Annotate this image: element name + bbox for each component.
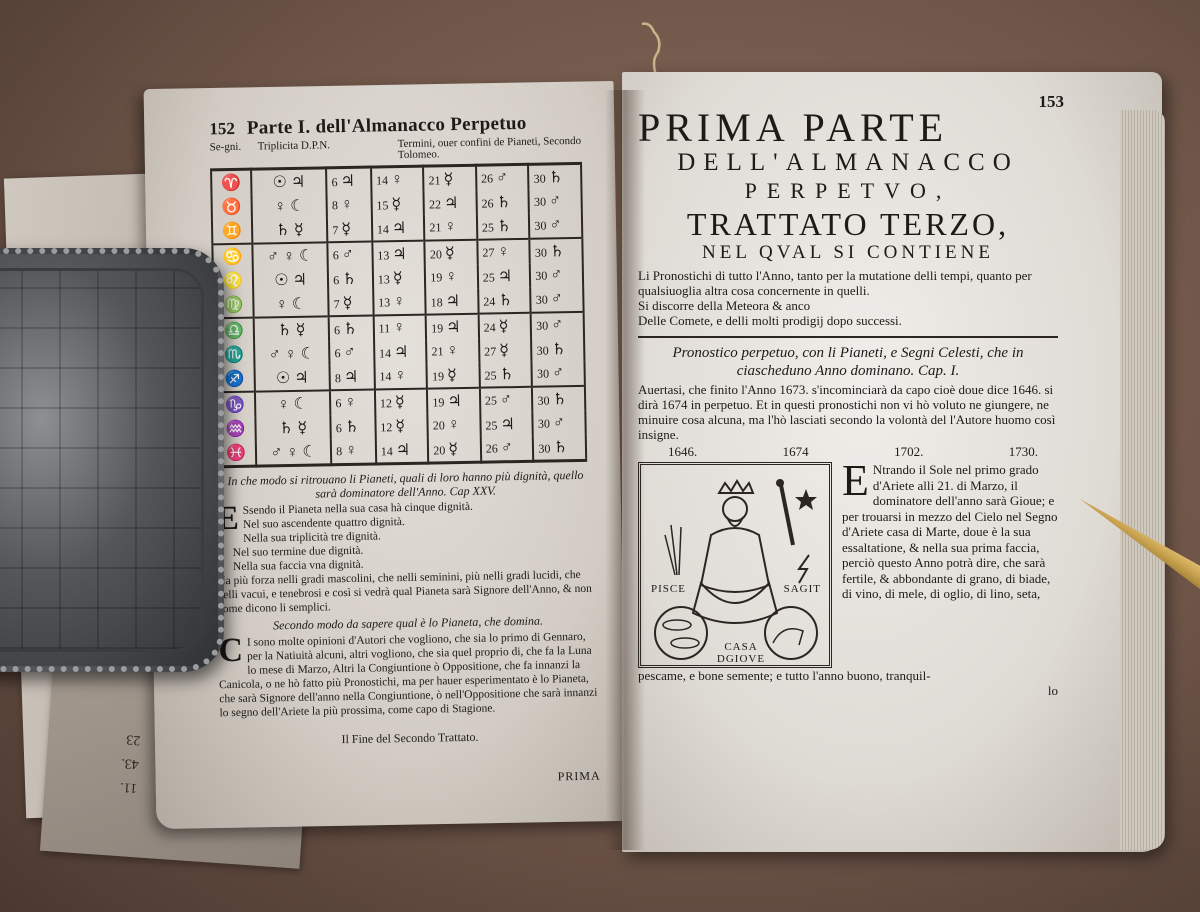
term-degree: 26: [486, 441, 498, 455]
planet-symbol-icon: ☿: [443, 171, 453, 188]
term-degree: 13: [378, 295, 390, 309]
triplicity-cell: ♀ ☾: [253, 291, 329, 317]
term-cell: 6♄: [328, 267, 373, 292]
term-degree: 20: [433, 443, 445, 457]
planet-symbol-icon: ♂: [550, 266, 562, 283]
term-cell: 25♃: [478, 264, 531, 289]
term-degree: 25: [485, 393, 497, 407]
term-cell: 26♄: [476, 190, 529, 215]
term-degree: 30: [536, 318, 548, 332]
term-degree: 12: [380, 396, 392, 410]
term-cell: 13♃: [372, 241, 425, 267]
term-cell: 8♀: [327, 193, 372, 218]
term-cell: 19♀: [425, 265, 478, 290]
planet-symbol-icon: ♄: [343, 321, 358, 338]
planet-symbol-icon: ♀: [393, 319, 405, 336]
term-cell: 15☿: [371, 192, 424, 217]
term-degree: 14: [377, 222, 389, 236]
term-cell: 24☿: [478, 313, 531, 339]
jupiter-figure-icon: [641, 465, 829, 665]
term-degree: 6: [334, 346, 340, 360]
term-degree: 30: [534, 218, 546, 232]
term-degree: 12: [380, 420, 392, 434]
entry-block: PISCE SAGIT CASA DGIOVE E Ntrando il Sol…: [638, 462, 1058, 668]
term-cell: 20♀: [428, 413, 481, 438]
term-degree: 30: [537, 393, 549, 407]
triplicity-cell: ♄ ☿: [255, 415, 331, 440]
planet-symbol-icon: ♄: [345, 419, 360, 436]
term-degree: 20: [430, 247, 442, 261]
planet-symbol-icon: ♀: [341, 196, 353, 213]
term-cell: 12☿: [375, 389, 428, 415]
term-degree: 30: [535, 245, 547, 259]
planet-symbol-icon: ☿: [448, 441, 458, 458]
planet-symbol-icon: ♃: [498, 268, 513, 285]
title-line: PRIMA PARTE: [638, 108, 1058, 148]
planet-symbol-icon: ♀: [344, 394, 356, 411]
table-column-headers: Se-gni. Triplicita D.P.N. Termini, ouer …: [210, 136, 590, 165]
term-degree: 20: [433, 418, 445, 432]
term-cell: 26♂: [481, 436, 534, 462]
planet-symbol-icon: ♄: [548, 169, 563, 186]
term-degree: 19: [432, 369, 444, 383]
end-note: Il Fine del Secondo Trattato.: [220, 728, 600, 750]
term-cell: 30♄: [530, 238, 583, 264]
forecast-paragraph: E Ntrando il Sole nel primo grado d'Arie…: [842, 462, 1058, 668]
term-cell: 13♀: [373, 290, 426, 316]
text-line: Ha più forza nelli gradi mascolini, che …: [217, 568, 598, 617]
planet-symbol-icon: ♂: [343, 344, 355, 361]
term-degree: 24: [483, 294, 495, 308]
page-number: 153: [1039, 92, 1065, 112]
term-degree: 21: [429, 220, 441, 234]
planet-symbol-icon: ☿: [391, 196, 401, 213]
planet-symbol-icon: ♀: [445, 268, 457, 285]
term-cell: 27☿: [479, 338, 532, 363]
planet-symbol-icon: ♄: [498, 292, 513, 309]
term-degree: 25: [485, 418, 497, 432]
planet-symbol-icon: ☿: [341, 221, 351, 238]
planet-symbol-icon: ☿: [395, 394, 405, 411]
term-cell: 6♂: [328, 242, 373, 268]
term-degree: 26: [481, 196, 493, 210]
term-cell: 6♃: [326, 167, 371, 193]
term-cell: 6♄: [329, 316, 374, 342]
term-degree: 13: [377, 248, 389, 262]
planet-symbol-icon: ♃: [446, 319, 461, 336]
term-cell: 20☿: [428, 437, 481, 463]
planet-symbol-icon: ♄: [550, 243, 565, 260]
planet-symbol-icon: ♂: [551, 316, 563, 333]
left-page-content: 152 Parte I. dell'Almanacco Perpetuo Se-…: [209, 112, 601, 791]
term-cell: 21♀: [424, 215, 477, 241]
page-number: 152: [209, 119, 235, 139]
planetary-terms-table: ♈☉ ♃6♃14♀21☿26♂30♄♉♀ ☾8♀15☿22♃26♄30♂♊♄ ☿…: [210, 162, 587, 468]
planet-symbol-icon: ♄: [499, 366, 514, 383]
triplicity-cell: ♄ ☿: [252, 217, 328, 243]
col-head-terms: Termini, ouer confini de Pianeti, Second…: [398, 136, 590, 161]
contents-item: Li Pronostichi di tutto l'Anno, tanto pe…: [638, 268, 1058, 298]
term-degree: 30: [537, 343, 549, 357]
term-cell: 6♂: [329, 341, 374, 366]
planet-symbol-icon: ♀: [391, 171, 403, 188]
term-cell: 30♂: [533, 411, 586, 436]
planet-symbol-icon: ♃: [344, 369, 359, 386]
term-cell: 30♄: [528, 163, 581, 189]
planet-symbol-icon: ♀: [345, 442, 357, 459]
planet-symbol-icon: ☿: [393, 270, 403, 287]
table-row: ♓♂ ♀ ☾8♀14♃20☿26♂30♄: [216, 435, 586, 467]
term-degree: 8: [336, 444, 342, 458]
term-cell: 30♄: [531, 337, 584, 362]
term-cell: 21♀: [426, 339, 479, 364]
term-cell: 30♄: [532, 386, 585, 412]
term-degree: 13: [378, 272, 390, 286]
planet-symbol-icon: ♂: [552, 364, 564, 381]
jupiter-woodcut: PISCE SAGIT CASA DGIOVE: [638, 462, 832, 668]
col-head-triplicity: Triplicita D.P.N.: [258, 139, 398, 163]
term-cell: 30♂: [529, 189, 582, 214]
term-cell: 21☿: [423, 165, 476, 191]
planet-symbol-icon: ♂: [549, 216, 561, 233]
term-degree: 14: [376, 173, 388, 187]
term-degree: 7: [334, 297, 340, 311]
term-cell: 26♂: [476, 164, 529, 190]
plaque-relief: [0, 268, 204, 652]
term-cell: 27♀: [477, 239, 530, 265]
term-degree: 30: [538, 441, 550, 455]
chapter-caption: In che modo si ritrouano li Pianeti, qua…: [215, 468, 595, 503]
contents-item: Delle Comete, e delli molti prodigij dop…: [638, 313, 1058, 328]
term-degree: 30: [537, 366, 549, 380]
triplicity-cell: ♀ ☾: [251, 193, 327, 218]
term-degree: 22: [429, 197, 441, 211]
title-line: NEL QVAL SI CONTIENE: [638, 242, 1058, 264]
notice-paragraph: Auertasi, che finito l'Anno 1673. s'inco…: [638, 382, 1058, 442]
term-degree: 19: [432, 395, 444, 409]
opinions-paragraph: C I sono molte opinioni d'Autori che vog…: [218, 630, 599, 721]
term-cell: 14♃: [372, 216, 425, 242]
planet-symbol-icon: ♃: [340, 173, 355, 190]
planet-symbol-icon: ♂: [553, 414, 565, 431]
term-cell: 6♄: [331, 415, 376, 440]
year: 1730.: [1009, 444, 1038, 460]
planet-symbol-icon: ♄: [496, 194, 511, 211]
catchword: lo: [638, 683, 1058, 698]
triplicity-cell: ☉ ♃: [253, 267, 329, 292]
planet-symbol-icon: ♄: [497, 218, 512, 235]
under-page-number: 43.: [120, 750, 139, 775]
term-cell: 19♃: [427, 388, 480, 414]
year: 1674: [783, 444, 809, 460]
planet-symbol-icon: ♀: [444, 218, 456, 235]
term-degree: 6: [333, 248, 339, 262]
term-degree: 6: [334, 323, 340, 337]
term-degree: 30: [538, 416, 550, 430]
term-cell: 19♃: [426, 314, 479, 340]
term-cell: 30♂: [531, 287, 584, 313]
planet-symbol-icon: ♂: [500, 391, 512, 408]
planet-symbol-icon: ♀: [446, 342, 458, 359]
year: 1702.: [894, 444, 923, 460]
planet-symbol-icon: ♄: [552, 341, 567, 358]
paragraph-text: I sono molte opinioni d'Autori che vogli…: [219, 631, 598, 719]
planet-symbol-icon: ☿: [395, 418, 405, 435]
triplicity-cell: ♂ ♀ ☾: [256, 439, 332, 466]
term-cell: 30♂: [532, 361, 585, 387]
under-page-number: 23: [122, 726, 141, 751]
year: 1646.: [668, 444, 697, 460]
under-page-number: 11.: [119, 774, 138, 799]
term-cell: 14♃: [374, 340, 427, 365]
term-degree: 18: [431, 295, 443, 309]
term-degree: 21: [428, 173, 440, 187]
term-cell: 8♃: [330, 365, 375, 391]
planet-symbol-icon: ♃: [447, 393, 462, 410]
term-degree: 24: [484, 320, 496, 334]
term-cell: 30♂: [529, 213, 582, 239]
paragraph-continuation: pescame, e bone semente; e tutto l'anno …: [638, 668, 1058, 683]
term-degree: 14: [379, 369, 391, 383]
term-degree: 27: [482, 245, 494, 259]
term-degree: 30: [535, 268, 547, 282]
term-cell: 25♄: [479, 362, 532, 388]
term-cell: 19☿: [427, 363, 480, 389]
term-cell: 14♀: [374, 364, 427, 390]
planet-symbol-icon: ☿: [499, 318, 509, 335]
zodiac-sign-icon: ♋: [212, 244, 252, 270]
zodiac-sign-icon: ♈: [211, 169, 251, 195]
planet-symbol-icon: ♃: [500, 416, 515, 433]
term-cell: 25♂: [480, 387, 533, 413]
planet-symbol-icon: ♂: [551, 290, 563, 307]
planet-symbol-icon: ♂: [496, 169, 508, 186]
term-degree: 26: [481, 171, 493, 185]
term-degree: 8: [335, 371, 341, 385]
planet-symbol-icon: ♂: [501, 439, 513, 456]
dignities-paragraph: E Ssendo il Pianeta nella sua casa hà ci…: [216, 498, 598, 617]
term-degree: 15: [376, 198, 388, 212]
term-degree: 8: [332, 198, 338, 212]
term-cell: 30♄: [533, 435, 586, 461]
term-cell: 11♀: [373, 315, 426, 341]
term-degree: 6: [331, 175, 337, 189]
term-degree: 30: [534, 195, 546, 209]
term-degree: 19: [431, 321, 443, 335]
term-cell: 7☿: [328, 291, 373, 317]
term-cell: 25♃: [480, 412, 533, 437]
term-degree: 27: [484, 344, 496, 358]
term-cell: 7☿: [327, 217, 372, 243]
planet-symbol-icon: ♀: [497, 243, 509, 260]
planet-symbol-icon: ♄: [552, 391, 567, 408]
drop-cap: E: [842, 462, 869, 500]
term-degree: 25: [482, 220, 494, 234]
planet-symbol-icon: ♀: [393, 293, 405, 310]
term-cell: 30♂: [531, 312, 584, 338]
term-cell: 6♀: [330, 390, 375, 416]
planet-symbol-icon: ☿: [499, 342, 509, 359]
term-degree: 21: [431, 344, 443, 358]
triplicity-cell: ☉ ♃: [251, 168, 327, 195]
planet-symbol-icon: ♀: [394, 367, 406, 384]
right-page-content: 153 PRIMA PARTE DELL'ALMANACCO PERPETVO,…: [638, 92, 1058, 698]
planet-symbol-icon: ♃: [396, 442, 411, 459]
divider-rule: [638, 336, 1058, 338]
planet-symbol-icon: ☿: [447, 367, 457, 384]
term-degree: 6: [336, 421, 342, 435]
triplicity-cell: ☉ ♃: [254, 365, 330, 391]
planet-symbol-icon: ♄: [553, 439, 568, 456]
page-edges: [1120, 110, 1165, 850]
planet-symbol-icon: ♂: [342, 246, 354, 263]
term-degree: 6: [335, 396, 341, 410]
woodcut-label-sagittarius: SAGIT: [784, 583, 821, 595]
term-cell: 14♀: [371, 166, 424, 192]
term-cell: 13☿: [373, 266, 426, 291]
paragraph-text: Ntrando il Sole nel primo grado d'Ariete…: [842, 462, 1058, 601]
chapter-title: Pronostico perpetuo, con li Pianeti, e S…: [638, 344, 1058, 380]
term-cell: 30♂: [530, 263, 583, 288]
term-cell: 18♃: [425, 289, 478, 315]
term-degree: 7: [332, 223, 338, 237]
woodcut-label-pisces: PISCE: [651, 583, 686, 595]
term-cell: 22♃: [424, 191, 477, 216]
term-cell: 24♄: [478, 288, 531, 314]
triplicity-cell: ♂ ♀ ☾: [254, 341, 330, 366]
planet-symbol-icon: ♃: [444, 195, 459, 212]
triplicity-cell: ♀ ☾: [255, 390, 331, 416]
planet-symbol-icon: ♃: [394, 344, 409, 361]
term-cell: 12☿: [375, 414, 428, 439]
planet-symbol-icon: ♀: [448, 416, 460, 433]
term-degree: 14: [379, 346, 391, 360]
contents-item: Si discorre della Meteora & anco: [638, 298, 1058, 313]
term-degree: 30: [536, 292, 548, 306]
planet-symbol-icon: ♃: [446, 293, 461, 310]
term-cell: 25♄: [477, 214, 530, 240]
term-degree: 6: [333, 273, 339, 287]
planet-symbol-icon: ♃: [392, 220, 407, 237]
zodiac-sign-icon: ♉: [212, 195, 252, 220]
term-cell: 14♃: [376, 438, 429, 464]
title-line: PERPETVO,: [638, 178, 1058, 204]
triplicity-cell: ♂ ♀ ☾: [252, 242, 328, 268]
pewter-plaque: [0, 248, 224, 672]
term-degree: 30: [534, 172, 546, 186]
term-cell: 8♀: [331, 439, 376, 465]
planet-symbol-icon: ☿: [342, 295, 352, 312]
triplicity-cell: ♄ ☿: [254, 316, 330, 342]
planet-symbol-icon: ♄: [342, 271, 357, 288]
title-line: TRATTATO TERZO,: [638, 206, 1058, 242]
term-degree: 25: [483, 270, 495, 284]
planet-symbol-icon: ☿: [445, 245, 455, 262]
term-cell: 20☿: [425, 240, 478, 266]
planet-symbol-icon: ♃: [392, 246, 407, 263]
woodcut-label-center: CASA DGIOVE: [711, 641, 771, 665]
photo-scene: 11. 43. 23 152 Parte I. dell'Almanacco P…: [0, 0, 1200, 912]
term-degree: 14: [381, 444, 393, 458]
zodiac-sign-icon: ♊: [212, 219, 252, 245]
col-head-signs: Se-gni.: [210, 142, 258, 165]
term-degree: 11: [378, 321, 390, 335]
term-degree: 25: [484, 368, 496, 382]
term-degree: 19: [430, 270, 442, 284]
title-line: DELL'ALMANACCO: [638, 148, 1058, 178]
planet-symbol-icon: ♂: [549, 192, 561, 209]
